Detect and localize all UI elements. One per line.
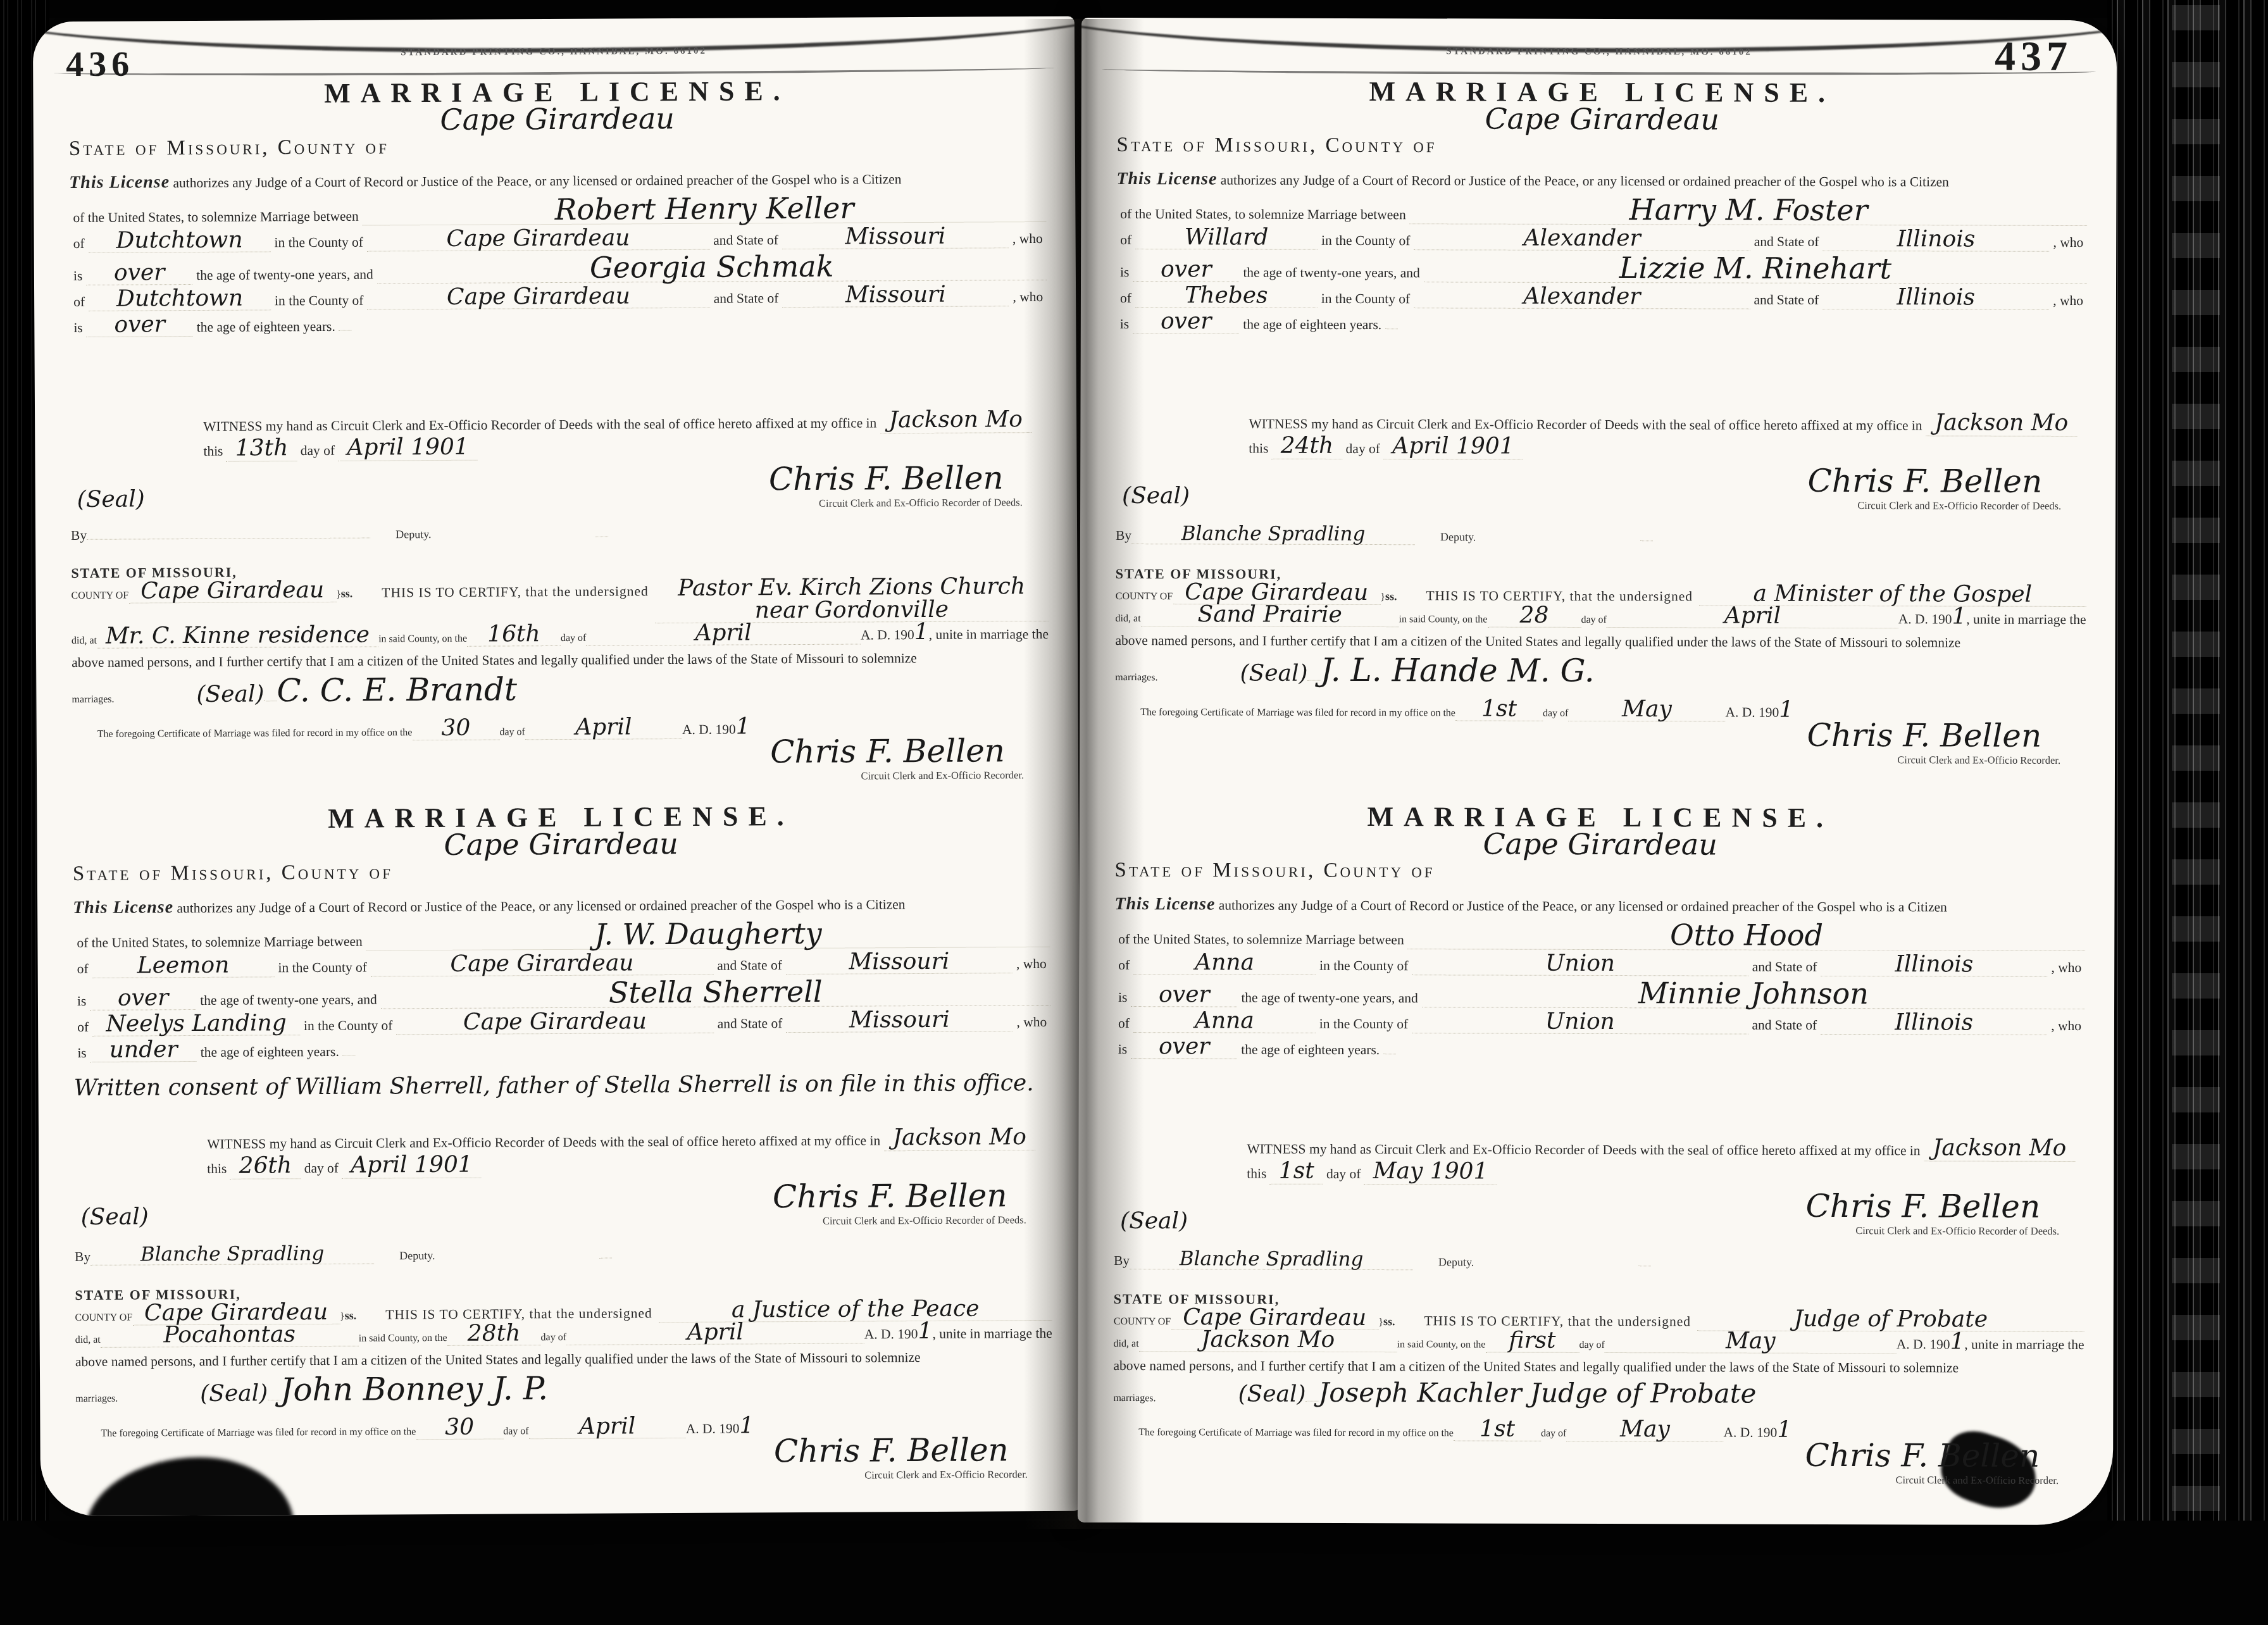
register-book-spread: 436 STANDARD PRINTING CO., HANNIBAL, MO.… [37, 19, 2114, 1529]
filed-year-handwritten: 1 [736, 715, 751, 738]
license-clause: This License authorizes any Judge of a C… [1114, 892, 2085, 919]
groom-line: of the United States, to solemnize Marri… [73, 918, 1050, 952]
deputy-signature: Blanche Spradling [1130, 1249, 1413, 1270]
bride-state-handwritten: Missouri [786, 1008, 1012, 1033]
ceremony-year-handwritten: 1 [914, 621, 929, 644]
groom-age-line: is over the age of twenty-one years, and… [1114, 977, 2085, 1009]
witness-day-handwritten: 13th [227, 435, 297, 462]
clerk-caption: Circuit Clerk and Ex-Officio Recorder. [1113, 1472, 2084, 1487]
clerk-caption: Circuit Clerk and Ex-Officio Recorder. [72, 769, 1049, 787]
seal-notation: (Seal) [1156, 1383, 1305, 1406]
ceremony-day-handwritten: 28 [1487, 604, 1581, 627]
witness-place-handwritten: Jackson Mo [1926, 409, 2077, 437]
witness-place-handwritten: Jackson Mo [880, 406, 1031, 433]
groom-name-handwritten: J. W. Daugherty [366, 918, 1050, 951]
groom-age-handwritten: over [86, 261, 192, 285]
bride-residence-line: of Neelys Landing in the County of Cape … [73, 1008, 1050, 1037]
county-handwritten: Cape Girardeau [1483, 827, 1717, 862]
groom-age-line: is over the age of twenty-one years, and… [70, 251, 1047, 285]
seal-notation: (Seal) [81, 1204, 149, 1230]
groom-county-handwritten: Cape Girardeau [367, 227, 709, 252]
deputy-line: By Blanche Spradling Deputy. [1116, 524, 2086, 547]
ceremony-month-handwritten: May [1605, 1329, 1897, 1354]
ceremony-line: did, at Mr. C. Kinne residence in said C… [72, 620, 1049, 649]
witness-place-handwritten: Jackson Mo [1924, 1135, 2075, 1162]
bride-name-handwritten: Georgia Schmak [377, 251, 1046, 284]
county-handwritten: Cape Girardeau [1485, 102, 1719, 137]
clerk-signature: Chris F. Bellen [774, 1434, 1009, 1467]
bride-residence-handwritten: Neelys Landing [92, 1012, 300, 1037]
filed-day-handwritten: 30 [416, 1416, 503, 1440]
seal-notation: (Seal) [77, 486, 145, 513]
groom-residence-handwritten: Dutchtown [88, 228, 270, 253]
certificate-block: STATE OF MISSOURI, COUNTY OF Cape Girard… [1115, 566, 2086, 767]
bride-residence-line: of Thebes in the County of Alexander and… [1116, 284, 2087, 310]
certificate-county-handwritten: Cape Girardeau [128, 578, 336, 603]
groom-age-handwritten: over [90, 987, 196, 1011]
filed-month-handwritten: April [525, 716, 682, 740]
state-county-label: State of Missouri, County of [69, 132, 1046, 161]
filed-year-handwritten: 1 [1779, 698, 1793, 721]
groom-residence-line: of Leemon in the County of Cape Girardea… [73, 950, 1050, 978]
groom-name-handwritten: Robert Henry Keller [363, 192, 1047, 226]
ceremony-day-handwritten: 16th [467, 623, 561, 647]
marriage-license-form: MARRIAGE LICENSE. Cape Girardeau State o… [68, 70, 1049, 800]
clerk-signature: Chris F. Bellen [1805, 1439, 2040, 1471]
bride-name-handwritten: Minnie Johnson [1422, 978, 2085, 1009]
ceremony-month-handwritten: April [566, 1320, 864, 1345]
witness-block: WITNESS my hand as Circuit Clerk and Ex-… [74, 1126, 1052, 1266]
groom-state-handwritten: Illinois [1821, 953, 2047, 977]
witness-clause: WITNESS my hand as Circuit Clerk and Ex-… [1114, 1135, 2084, 1187]
bride-age-handwritten: over [1131, 1035, 1237, 1059]
certificate-county-line: COUNTY OF Cape Girardeau } ss. THIS IS T… [71, 575, 1048, 626]
filed-month-handwritten: May [1566, 1417, 1723, 1441]
ceremony-line: did, at Pocahontas in said County, on th… [75, 1319, 1052, 1347]
clerk-signature: Chris F. Bellen [770, 735, 1005, 768]
bride-residence-handwritten: Thebes [1135, 284, 1318, 308]
filed-year-handwritten: 1 [739, 1414, 754, 1437]
groom-line: of the United States, to solemnize Marri… [1116, 194, 2087, 226]
state-county-label: State of Missouri, County of [1115, 859, 2086, 885]
certificate-block: STATE OF MISSOURI, COUNTY OF Cape Girard… [71, 560, 1049, 787]
bride-county-handwritten: Alexander [1414, 285, 1750, 309]
bride-state-handwritten: Missouri [782, 283, 1009, 308]
ceremony-month-handwritten: April [1607, 604, 1898, 628]
witness-place-handwritten: Jackson Mo [883, 1124, 1035, 1151]
state-county-label: State of Missouri, County of [73, 857, 1050, 886]
ceremony-month-handwritten: April [586, 621, 861, 645]
groom-residence-handwritten: Anna [1133, 951, 1316, 975]
license-clause: This License authorizes any Judge of a C… [69, 166, 1046, 195]
witness-clause: WITNESS my hand as Circuit Clerk and Ex-… [70, 408, 1047, 463]
certificate-block: STATE OF MISSOURI, COUNTY OF Cape Girard… [1113, 1291, 2084, 1487]
groom-residence-handwritten: Leemon [92, 954, 274, 978]
printer-imprint: STANDARD PRINTING CO., HANNIBAL, MO. 661… [33, 44, 1075, 61]
seal-notation: (Seal) [118, 1382, 268, 1405]
clerk-signature: Chris F. Bellen [773, 1180, 1007, 1212]
deputy-line: By Blanche Spradling Deputy. [75, 1240, 1052, 1265]
officiant-signature: C. C. E. Brandt [277, 673, 555, 706]
clerk-caption: Circuit Clerk and Ex-Officio Recorder. [1115, 752, 2086, 767]
groom-state-handwritten: Missouri [782, 225, 1009, 249]
license-clause: This License authorizes any Judge of a C… [73, 891, 1050, 920]
seal-notation: (Seal) [1120, 1208, 1188, 1234]
ceremony-place-handwritten: Pocahontas [101, 1323, 359, 1347]
clerk-signature: Chris F. Bellen [769, 462, 1004, 495]
marriage-license-form: MARRIAGE LICENSE. Cape Girardeau State o… [1113, 796, 2086, 1524]
bride-county-handwritten: Cape Girardeau [367, 285, 709, 310]
bride-age-handwritten: over [1133, 310, 1239, 333]
groom-name-handwritten: Otto Hood [1408, 919, 2086, 951]
film-border-right [2107, 0, 2268, 1625]
bride-residence-handwritten: Dutchtown [89, 287, 271, 311]
groom-residence-handwritten: Willard [1135, 226, 1318, 250]
marriage-license-form: MARRIAGE LICENSE. Cape Girardeau State o… [1115, 71, 2088, 799]
groom-residence-line: of Dutchtown in the County of Cape Girar… [70, 225, 1047, 253]
ceremony-day-handwritten: first [1485, 1329, 1579, 1352]
ceremony-year-handwritten: 1 [1950, 1330, 1964, 1353]
groom-state-handwritten: Illinois [1822, 228, 2049, 252]
register-page-436: 436 STANDARD PRINTING CO., HANNIBAL, MO.… [33, 16, 1082, 1517]
citizen-clause: above named persons, and I further certi… [1116, 632, 2086, 652]
witness-month-handwritten: April 1901 [342, 1152, 482, 1179]
film-border-top [0, 0, 2268, 18]
film-border-bottom [0, 1521, 2268, 1625]
deputy-line: By Blanche Spradling Deputy. [1114, 1249, 2084, 1272]
ceremony-place-handwritten: Sand Prairie [1141, 603, 1399, 627]
witness-month-handwritten: April 1901 [338, 434, 478, 461]
filed-month-handwritten: April [529, 1415, 686, 1439]
certificate-block: STATE OF MISSOURI, COUNTY OF Cape Girard… [75, 1281, 1053, 1485]
officiant-signature: John Bonney J. P. [280, 1372, 586, 1405]
bride-county-handwritten: Cape Girardeau [396, 1010, 713, 1035]
county-handwritten: Cape Girardeau [444, 826, 678, 862]
witness-day-handwritten: 26th [230, 1152, 301, 1180]
filed-month-handwritten: May [1568, 697, 1725, 721]
deputy-signature [87, 537, 370, 539]
printer-imprint: STANDARD PRINTING CO., HANNIBAL, MO. 661… [1081, 46, 2117, 59]
groom-residence-line: of Anna in the County of Union and State… [1114, 951, 2085, 977]
groom-line: of the United States, to solemnize Marri… [69, 192, 1046, 227]
groom-county-handwritten: Union [1412, 952, 1748, 976]
marriages-line: marriages. (Seal) John Bonney J. P. [75, 1370, 1052, 1407]
bride-name-handwritten: Stella Sherrell [380, 976, 1050, 1009]
bride-age-handwritten: over [87, 313, 193, 337]
bride-age-line: is under the age of eighteen years. [73, 1034, 1050, 1062]
ceremony-year-handwritten: 1 [918, 1319, 932, 1342]
bride-age-line: is over the age of eighteen years. [1114, 1035, 2085, 1061]
groom-age-line: is over the age of twenty-one years, and… [73, 976, 1050, 1011]
this-license-label: This License [1114, 894, 1215, 914]
register-page-437: 437 STANDARD PRINTING CO., HANNIBAL, MO.… [1078, 18, 2117, 1525]
this-license-label: This License [69, 172, 170, 192]
license-clause: This License authorizes any Judge of a C… [1116, 167, 2087, 194]
bride-residence-line: of Dutchtown in the County of Cape Girar… [70, 283, 1047, 311]
witness-day-handwritten: 24th [1272, 433, 1343, 459]
clerk-signature: Chris F. Bellen [1807, 464, 2042, 497]
groom-state-handwritten: Missouri [786, 950, 1012, 974]
groom-county-handwritten: Alexander [1414, 227, 1750, 251]
groom-age-line: is over the age of twenty-one years, and… [1116, 252, 2087, 284]
this-license-label: This License [73, 897, 173, 918]
witness-clause: WITNESS my hand as Circuit Clerk and Ex-… [1116, 409, 2086, 462]
consent-note-handwritten: Written consent of William Sherrell, fat… [74, 1066, 1051, 1105]
witness-day-handwritten: 1st [1270, 1158, 1323, 1185]
citizen-clause: above named persons, and I further certi… [1114, 1357, 2084, 1378]
deputy-signature: Blanche Spradling [1131, 524, 1415, 545]
witness-block: WITNESS my hand as Circuit Clerk and Ex-… [1114, 1135, 2085, 1272]
county-handwritten: Cape Girardeau [440, 101, 675, 137]
filed-day-handwritten: 1st [1454, 1417, 1541, 1441]
officiant-signature: J. L. Hande M. G. [1320, 654, 1632, 686]
groom-residence-line: of Willard in the County of Alexander an… [1116, 226, 2087, 252]
witness-block: WITNESS my hand as Circuit Clerk and Ex-… [70, 408, 1048, 544]
groom-age-handwritten: over [1131, 983, 1237, 1007]
filed-year-handwritten: 1 [1777, 1418, 1791, 1441]
officiant-signature: Joseph Kachler Judge of Probate [1318, 1379, 1794, 1407]
bride-residence-handwritten: Anna [1133, 1009, 1316, 1033]
bride-state-handwritten: Illinois [1821, 1011, 2047, 1035]
seal-notation: (Seal) [1122, 483, 1190, 509]
bride-age-line: is over the age of eighteen years. [70, 309, 1047, 337]
ceremony-place-handwritten: Mr. C. Kinne residence [97, 623, 378, 648]
citizen-clause: above named persons, and I further certi… [72, 649, 1049, 672]
bride-county-handwritten: Union [1412, 1010, 1748, 1034]
groom-name-handwritten: Harry M. Foster [1410, 194, 2088, 226]
witness-clause: WITNESS my hand as Circuit Clerk and Ex-… [74, 1126, 1051, 1181]
ceremony-day-handwritten: 28th [447, 1322, 540, 1346]
groom-line: of the United States, to solemnize Marri… [1114, 919, 2085, 951]
bride-residence-line: of Anna in the County of Union and State… [1114, 1009, 2085, 1035]
witness-block: WITNESS my hand as Circuit Clerk and Ex-… [1116, 409, 2087, 547]
ceremony-year-handwritten: 1 [1952, 605, 1966, 628]
witness-month-handwritten: May 1901 [1364, 1158, 1497, 1185]
clerk-caption: Circuit Clerk and Ex-Officio Recorder. [76, 1468, 1053, 1486]
seal-notation: (Seal) [114, 683, 264, 706]
marriages-line: marriages. (Seal) Joseph Kachler Judge o… [1113, 1379, 2084, 1408]
filed-day-handwritten: 1st [1455, 697, 1543, 721]
groom-county-handwritten: Cape Girardeau [371, 952, 713, 977]
filed-day-handwritten: 30 [412, 716, 499, 740]
seal-notation: (Seal) [1157, 662, 1307, 685]
clerk-signature: Chris F. Bellen [1807, 719, 2041, 751]
bride-state-handwritten: Illinois [1822, 286, 2049, 310]
deputy-signature: Blanche Spradling [90, 1243, 374, 1265]
marriage-license-form: MARRIAGE LICENSE. Cape Girardeau State o… [72, 795, 1053, 1516]
ceremony-place-handwritten: Jackson Mo [1139, 1328, 1397, 1352]
officiant-description-handwritten: Pastor Ev. Kirch Zions Church near Gordo… [655, 575, 1049, 623]
this-license-label: This License [1116, 169, 1217, 189]
microfilm-scan: { "t": { "title": "MARRIAGE LICENSE.", "… [0, 0, 2268, 1625]
groom-age-handwritten: over [1133, 258, 1239, 282]
deputy-line: By Deputy. [71, 523, 1048, 544]
state-county-label: State of Missouri, County of [1117, 134, 2088, 159]
witness-month-handwritten: April 1901 [1383, 433, 1523, 460]
citizen-clause: above named persons, and I further certi… [75, 1347, 1052, 1371]
bride-name-handwritten: Lizzie M. Rinehart [1424, 252, 2087, 284]
bride-age-handwritten: under [90, 1038, 197, 1062]
marriages-line: marriages. (Seal) J. L. Hande M. G. [1115, 654, 2086, 688]
clerk-signature: Chris F. Bellen [1805, 1190, 2040, 1222]
bride-age-line: is over the age of eighteen years. [1116, 310, 2087, 336]
marriages-line: marriages. (Seal) C. C. E. Brandt [72, 671, 1049, 707]
